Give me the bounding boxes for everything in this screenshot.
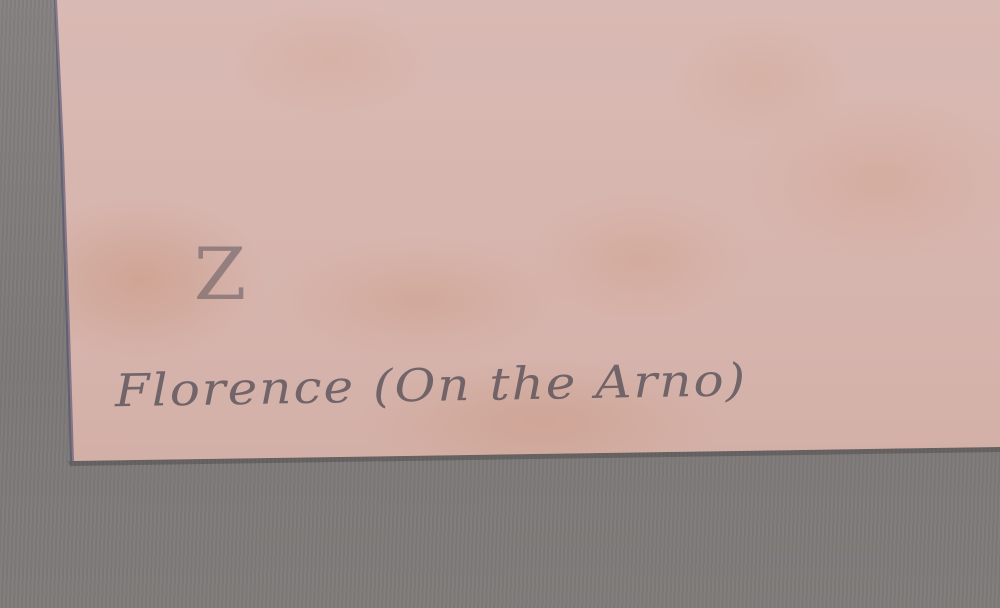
pencil-mark: Z	[194, 238, 247, 310]
handwritten-inscription: Florence (On the Arno)	[115, 354, 748, 417]
